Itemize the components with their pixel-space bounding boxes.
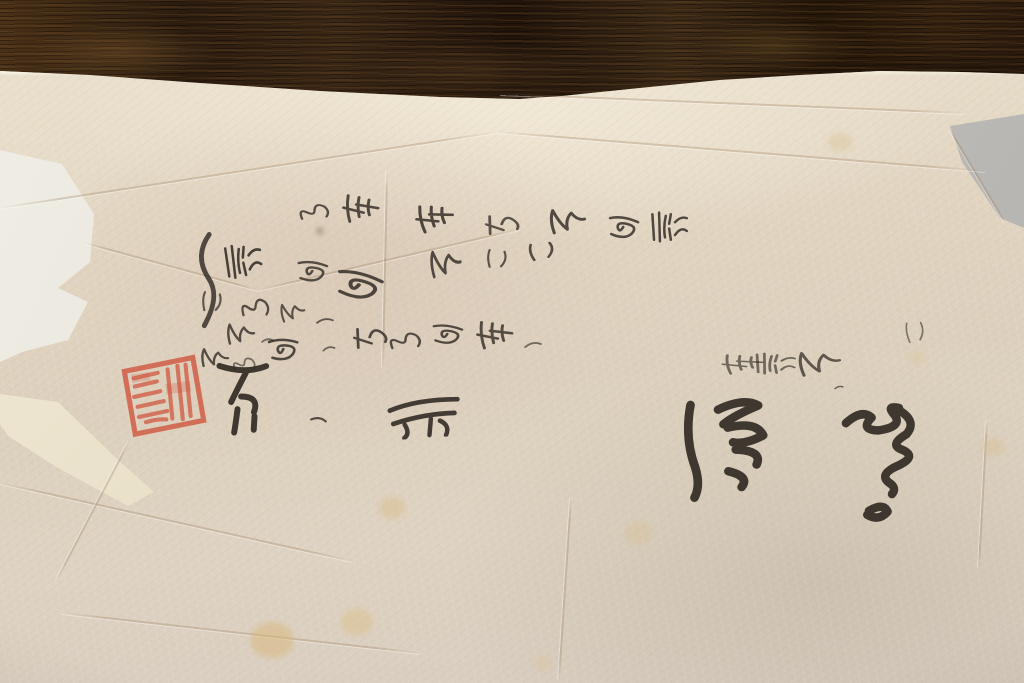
calligraphy-glyph-body xyxy=(311,307,340,334)
calligraphy-glyph-body xyxy=(522,234,564,269)
foxing-stain-spot xyxy=(317,228,323,234)
calligraphy-glyph-body xyxy=(428,317,468,351)
calligraphy-glyph-inscription-side xyxy=(832,380,846,394)
calligraphy-glyph-body xyxy=(340,190,383,227)
calligraphy-glyph-body xyxy=(277,297,310,330)
calligraphy-glyph-body xyxy=(649,207,691,247)
foxing-stain-spot xyxy=(250,622,294,658)
calligraphy-glyph-body xyxy=(196,284,229,321)
calligraphy-glyph-body xyxy=(256,326,280,353)
foxing-stain-spot xyxy=(828,133,852,151)
photo-stage xyxy=(0,0,1024,683)
foxing-stain-spot xyxy=(982,438,1004,456)
calligraphy-glyph-body xyxy=(604,208,644,247)
foxing-stain-spot xyxy=(379,497,405,519)
calligraphy-glyph-body xyxy=(296,198,332,228)
calligraphy-glyph-body xyxy=(482,242,514,276)
calligraphy-glyph-body xyxy=(386,326,424,358)
calligraphy-glyph-signature xyxy=(207,352,283,440)
calligraphy-glyph-signature-large xyxy=(671,391,777,504)
calligraphy-glyph-body xyxy=(319,337,339,359)
calligraphy-glyph-body xyxy=(293,253,332,288)
calligraphy-glyph-body xyxy=(221,237,267,284)
foxing-stain-spot xyxy=(534,655,552,671)
calligraphy-glyph-body xyxy=(426,242,466,287)
calligraphy-glyph-body xyxy=(482,207,525,243)
artist-seal-stamp xyxy=(117,353,209,440)
foxing-stain-spot xyxy=(623,521,653,545)
calligraphy-glyph-signature-large xyxy=(832,401,925,535)
calligraphy-glyph-body xyxy=(412,198,460,238)
foxing-stain-spot xyxy=(341,608,373,636)
calligraphy-glyph-body xyxy=(475,317,518,354)
foxing-stain-spot xyxy=(909,351,925,365)
calligraphy-glyph-signature xyxy=(384,381,464,440)
calligraphy-glyph-body xyxy=(519,331,547,357)
calligraphy-glyph-inscription-side xyxy=(900,313,932,352)
